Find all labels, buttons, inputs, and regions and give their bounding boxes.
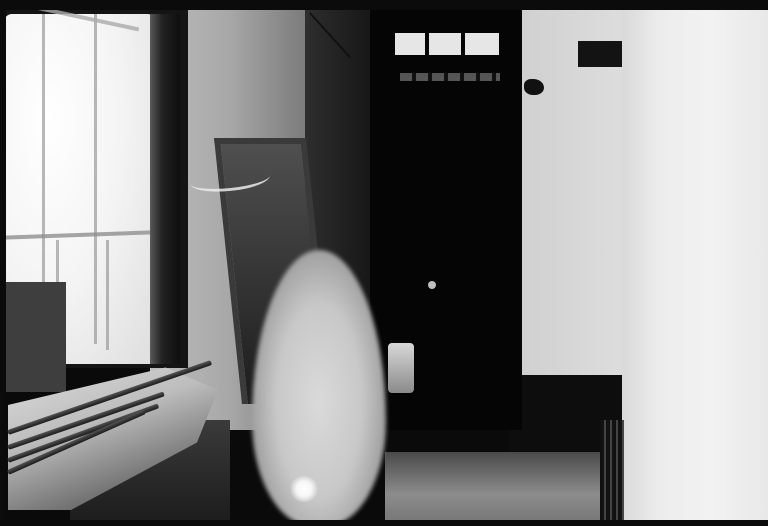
transom-pane bbox=[395, 33, 425, 55]
photograph: Black-and-white film photograph of an ab… bbox=[0, 0, 768, 526]
window-shade-panel bbox=[6, 282, 66, 392]
door-knob bbox=[428, 281, 436, 289]
transom-pane bbox=[465, 33, 499, 55]
light-spot bbox=[290, 476, 318, 502]
floor bbox=[385, 452, 610, 522]
wall-hook bbox=[524, 79, 544, 95]
window-jamb bbox=[150, 14, 180, 364]
door-light-patch bbox=[388, 343, 414, 393]
window-mullion bbox=[106, 240, 109, 350]
transom-lower-panes bbox=[400, 73, 500, 81]
window-mullion bbox=[94, 14, 97, 344]
pillar-edge bbox=[600, 420, 624, 520]
foreground-pillar bbox=[622, 10, 768, 520]
transom-pane bbox=[429, 33, 461, 55]
